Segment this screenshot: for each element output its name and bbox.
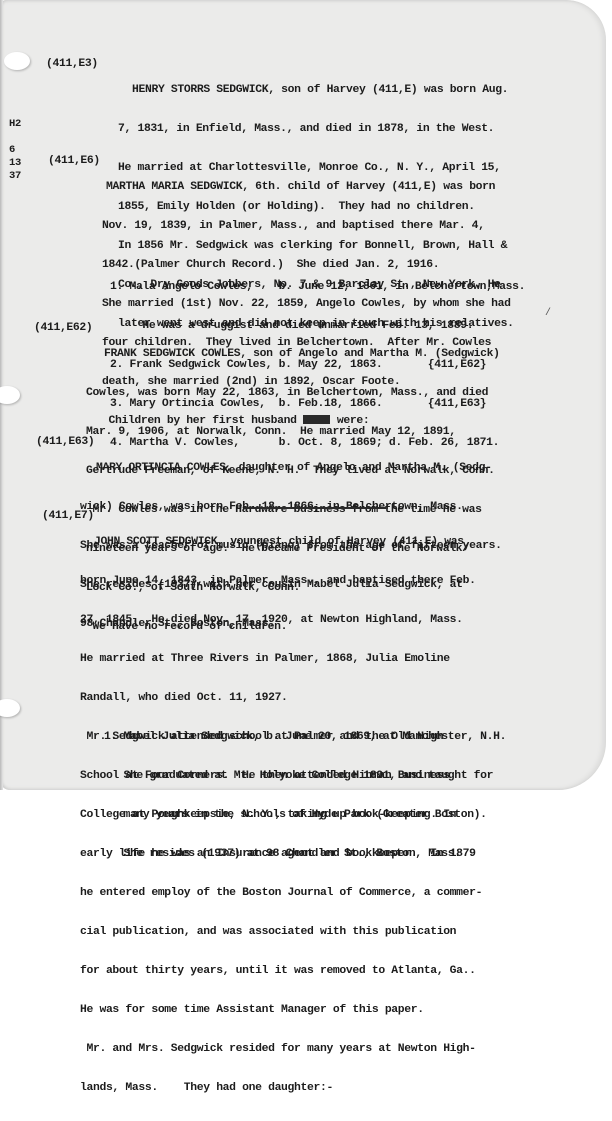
entry-line: born June 14, 1843, in Palmer, Mass., an… — [80, 575, 482, 588]
margin-note: 13 — [9, 157, 21, 170]
margin-note: 37 — [9, 170, 21, 183]
pen-mark: / — [545, 307, 551, 320]
entry-line: He married at Three Rivers in Palmer, 18… — [80, 653, 482, 666]
punch-hole-bottom — [0, 699, 20, 717]
entry-line: 7, 1831, in Enfield, Mass., and died in … — [118, 123, 514, 136]
entry-line: Randall, who died Oct. 11, 1927. — [80, 692, 482, 705]
children-list-e7: 1. Mabel Julia Sedgwick, b. June 20, 186… — [104, 705, 506, 792]
entry-line: MARY ORTINCIA COWLES, daughter of Angelo… — [96, 462, 502, 475]
child-item: She graduated at Mt. Holyoke College 189… — [104, 770, 506, 783]
underline-mark — [244, 507, 386, 509]
entry-ref: (411,E6) — [48, 155, 100, 168]
entry-line: JOHN SCOTT SEDGWICK, youngest child of H… — [94, 536, 482, 549]
child-item: 1. Mabel Julia Sedgwick, b. June 20, 186… — [104, 731, 506, 744]
document-page: H2 6 13 37 (411,E3) HENRY STORRS SEDGWIC… — [0, 0, 606, 790]
entry-line: FRANK SEDGWICK COWLES, son of Angelo and… — [104, 348, 500, 361]
child-item: 1. Mala Angelo Cowles, b. June 12, 1861,… — [110, 281, 525, 294]
entry-ref: (411,E3) — [46, 58, 98, 71]
margin-notes: H2 6 13 37 — [9, 118, 21, 183]
entry-line: HENRY STORRS SEDGWICK, son of Harvey (41… — [132, 84, 514, 97]
entry-ref: (411,E62) — [34, 322, 92, 335]
entry-line: MARTHA MARIA SEDGWICK, 6th. child of Har… — [106, 181, 511, 194]
entry-line: 27, 1845. He died Nov. 17, 1920, at Newt… — [80, 614, 482, 627]
margin-note: H2 — [9, 118, 21, 131]
punch-hole-middle — [0, 386, 20, 404]
margin-note: 6 — [9, 144, 21, 157]
entry-line: Nov. 19, 1839, in Palmer, Mass., and bap… — [102, 220, 511, 233]
punch-hole-top — [4, 52, 30, 70]
entry-line: Cowles, was born May 22, 1863, in Belche… — [86, 387, 500, 400]
